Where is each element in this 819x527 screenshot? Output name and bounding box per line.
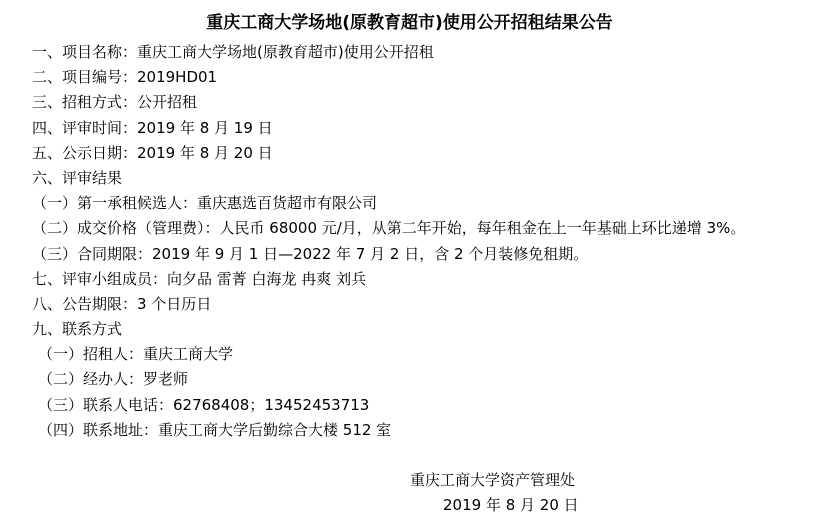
result-price: （二）成交价格（管理费）：人民币 68000 元/月，从第二年开始，每年租金在上… xyxy=(32,216,745,241)
result-candidate: （一）第一承租候选人：重庆惠选百货超市有限公司 xyxy=(32,191,745,216)
signature-date: 2019 年 8 月 20 日 xyxy=(0,494,819,515)
item-publicity-date: 五、公示日期：2019 年 8 月 20 日 xyxy=(32,141,745,166)
contact-handler: （二）经办人：罗老师 xyxy=(32,367,745,392)
item-notice-period: 八、公告期限：3 个日历日 xyxy=(32,292,745,317)
item-project-name: 一、项目名称：重庆工商大学场地(原教育超市)使用公开招租 xyxy=(32,40,745,65)
item-contact: 九、联系方式 xyxy=(32,317,745,342)
contact-phone: （三）联系人电话：62768408；13452453713 xyxy=(32,393,745,418)
item-review-time: 四、评审时间：2019 年 8 月 19 日 xyxy=(32,116,745,141)
item-review-members: 七、评审小组成员：向夕品 雷菁 白海龙 冉爽 刘兵 xyxy=(32,267,745,292)
item-lease-method: 三、招租方式：公开招租 xyxy=(32,90,745,115)
announcement-body: 一、项目名称：重庆工商大学场地(原教育超市)使用公开招租 二、项目编号：2019… xyxy=(32,40,745,443)
signature-organization: 重庆工商大学资产管理处 xyxy=(80,469,819,490)
contact-address: （四）联系地址：重庆工商大学后勤综合大楼 512 室 xyxy=(32,418,745,443)
announcement-title: 重庆工商大学场地(原教育超市)使用公开招租结果公告 xyxy=(0,8,819,33)
contact-lessor: （一）招租人：重庆工商大学 xyxy=(32,342,745,367)
result-contract-term: （三）合同期限：2019 年 9 月 1 日—2022 年 7 月 2 日，含 … xyxy=(32,242,745,267)
item-project-number: 二、项目编号：2019HD01 xyxy=(32,65,745,90)
item-review-result: 六、评审结果 xyxy=(32,166,745,191)
